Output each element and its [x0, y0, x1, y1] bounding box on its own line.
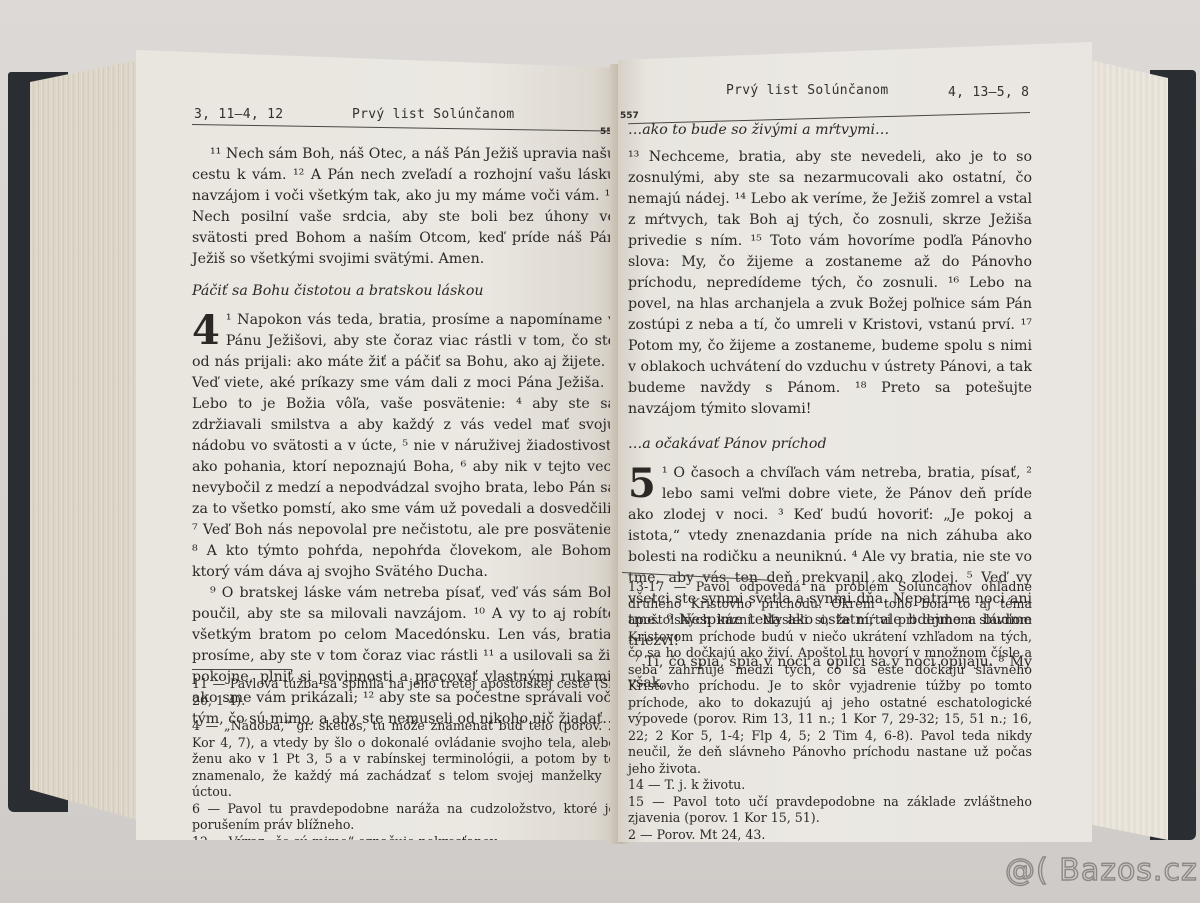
left-body-text: ¹¹ Nech sám Boh, náš Otec, a náš Pán Jež… — [192, 144, 616, 730]
footnote: 2 — Porov. Mt 24, 43. — [628, 827, 1032, 844]
footnote: 4 — „Nádoba,“ gr. skeuos, tu môže znamen… — [192, 718, 616, 801]
section-title: Páčiť sa Bohu čistotou a bratskou láskou — [192, 281, 616, 302]
chapter-number: 4 — [192, 312, 220, 350]
paragraph: ¹¹ Nech sám Boh, náš Otec, a náš Pán Jež… — [192, 144, 616, 270]
right-running-head-reference: 4, 13—5, 8 — [948, 82, 1029, 103]
left-footnotes: 11 — Pavlova túžba sa splnila na jeho tr… — [192, 676, 616, 850]
chapter-number: 5 — [628, 465, 656, 503]
page-edges-right — [1090, 60, 1168, 840]
footnote: 14 — T. j. k životu. — [628, 777, 1032, 794]
footnote: 8 — O duchovnej výzbroji porov. Iz 59, 1… — [628, 843, 1032, 860]
footnote: 13-17 — Pavol odpovedá na problém Solúnč… — [628, 579, 1032, 777]
left-running-head-title: Prvý list Solúnčanom — [352, 104, 515, 125]
paragraph: ¹³ Nechceme, bratia, aby ste nevedeli, a… — [628, 147, 1032, 420]
footnote: 12 — Výraz „čo sú mimo“ označuje nekresť… — [192, 834, 616, 851]
footnote: 15 — Pavol toto učí pravdepodobne na zák… — [628, 794, 1032, 827]
right-footnotes: 13-17 — Pavol odpovedá na problém Solúnč… — [628, 579, 1032, 860]
footnote: 6 — Pavol tu pravdepodobne naráža na cud… — [192, 801, 616, 834]
left-page: 3, 11—4, 12 Prvý list Solúnčanom 556 ¹¹ … — [136, 50, 618, 840]
right-running-head-title: Prvý list Solúnčanom — [726, 80, 889, 101]
bazos-watermark: @( Bazos.cz — [1005, 853, 1198, 888]
section-title: …ako to bude so živými a mŕtvymi… — [628, 120, 1032, 141]
page-edges-left — [30, 60, 138, 820]
running-head-rule — [192, 124, 616, 132]
section-title: …a očakávať Pánov príchod — [628, 434, 1032, 455]
paragraph: 4¹ Napokon vás teda, bratia, prosíme a n… — [192, 310, 616, 583]
footnote-rule — [192, 669, 292, 670]
left-running-head-reference: 3, 11—4, 12 — [194, 104, 283, 125]
footnote: 11 — Pavlova túžba sa splnila na jeho tr… — [192, 676, 616, 709]
right-page: Prvý list Solúnčanom 4, 13—5, 8 557 …ako… — [618, 42, 1092, 842]
